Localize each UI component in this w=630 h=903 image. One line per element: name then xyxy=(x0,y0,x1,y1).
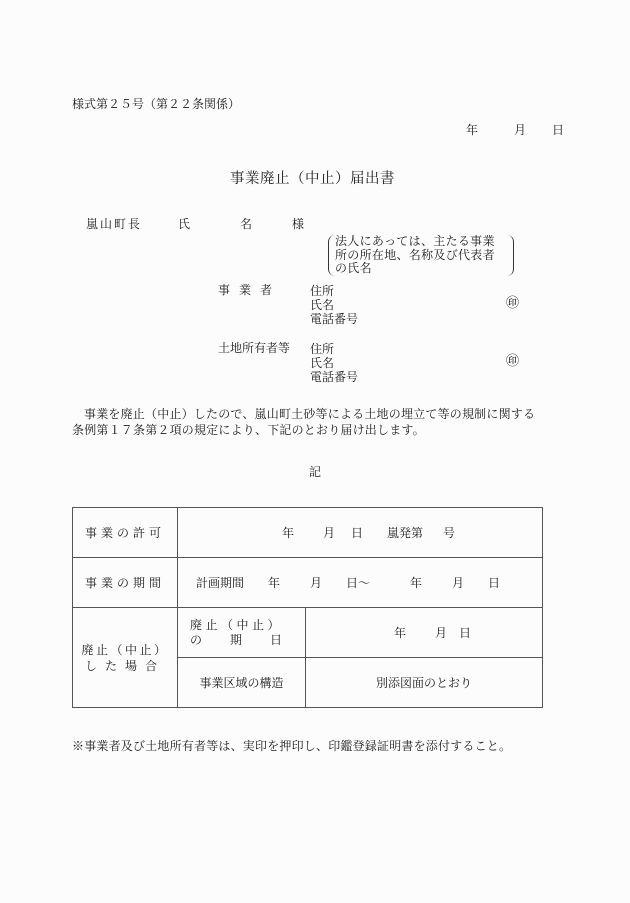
addressee-mei: 名 xyxy=(240,218,292,230)
stop-date-day: 日 xyxy=(459,624,471,641)
ki-heading: 記 xyxy=(309,466,321,478)
stop-date-label-ki: 期 xyxy=(230,633,270,648)
period-start-year: 年 xyxy=(268,574,310,591)
operator-name-label: 氏名 xyxy=(310,298,358,312)
table-row-period: 事業の期間 計画期間年月日～年月日 xyxy=(73,558,543,608)
addressee: 嵐山町長氏名様 xyxy=(86,218,304,230)
operator-fields: 住所 氏名 電話番号 xyxy=(310,284,358,326)
stop-date-year: 年 xyxy=(377,624,423,641)
landowner-address-label: 住所 xyxy=(310,342,358,356)
date-month: 月 xyxy=(514,124,552,136)
date-day: 日 xyxy=(552,124,564,136)
operator-address-label: 住所 xyxy=(310,284,358,298)
permit-value: 年月日嵐発第号 xyxy=(178,508,543,558)
seal-icon: ㊞ xyxy=(506,355,519,368)
structure-label: 事業区域の構造 xyxy=(178,658,306,708)
table-row-permit: 事業の許可 年月日嵐発第号 xyxy=(73,508,543,558)
period-start-month: 月 xyxy=(310,574,346,591)
operator-phone-label: 電話番号 xyxy=(310,312,358,326)
permit-label: 事業の許可 xyxy=(73,508,178,558)
period-value: 計画期間年月日～年月日 xyxy=(178,558,543,608)
date-year: 年 xyxy=(466,124,514,136)
addressee-sama: 様 xyxy=(292,218,304,230)
footnote: ※事業者及び土地所有者等は、実印を押印し、印鑑登録証明書を添付すること。 xyxy=(72,740,511,752)
period-end-month: 月 xyxy=(452,574,488,591)
stop-case-label: 廃止（中止） した場合 xyxy=(73,608,178,708)
stop-date-label-line2: の期日 xyxy=(190,633,305,648)
permit-year: 年 xyxy=(265,524,311,541)
period-start-day: 日～ xyxy=(346,574,410,591)
plan-period-label: 計画期間 xyxy=(196,574,268,591)
permit-month: 月 xyxy=(311,524,347,541)
structure-value: 別添図面のとおり xyxy=(306,658,543,708)
details-table: 事業の許可 年月日嵐発第号 事業の期間 計画期間年月日～年月日 廃止（中止） し… xyxy=(72,507,543,708)
seal-icon: ㊞ xyxy=(506,297,519,310)
document-title: 事業廃止（中止）届出書 xyxy=(230,172,395,187)
period-end-year: 年 xyxy=(410,574,452,591)
stop-date-value: 年月日 xyxy=(306,608,543,658)
form-number: 様式第２５号（第２２条関係） xyxy=(72,98,240,110)
landowner-phone-label: 電話番号 xyxy=(310,370,358,384)
stop-case-label-line2: した場合 xyxy=(73,658,177,674)
stop-date-label-hi: 日 xyxy=(270,633,282,648)
addressee-shi: 氏 xyxy=(178,218,240,230)
permit-number-prefix: 嵐発第 xyxy=(367,524,443,541)
party-label-operator: 事業者 xyxy=(218,284,281,296)
permit-number-suffix: 号 xyxy=(443,524,455,541)
corporate-note: 法人にあっては、主たる事業所の所在地、名称及び代表者の氏名 xyxy=(328,235,514,276)
stop-date-month: 月 xyxy=(423,624,459,641)
stop-date-label-line1: 廃止（中止） xyxy=(190,618,305,633)
document-page: { "header": { "form_number": "様式第２５号（第２２… xyxy=(0,0,630,903)
party-label-landowner: 土地所有者等 xyxy=(218,342,290,354)
table-row-stop-date: 廃止（中止） した場合 廃止（中止） の期日 年月日 xyxy=(73,608,543,658)
landowner-name-label: 氏名 xyxy=(310,356,358,370)
body-text: 事業を廃止（中止）したので、嵐山町土砂等による土地の埋立て等の規制に関する条例第… xyxy=(72,406,546,438)
permit-day: 日 xyxy=(347,524,367,541)
landowner-fields: 住所 氏名 電話番号 xyxy=(310,342,358,384)
stop-date-label: 廃止（中止） の期日 xyxy=(178,608,306,658)
stop-date-label-no: の xyxy=(190,633,230,648)
period-end-day: 日 xyxy=(488,574,500,591)
period-label: 事業の期間 xyxy=(73,558,178,608)
stop-case-label-line1: 廃止（中止） xyxy=(73,642,177,658)
addressee-town-mayor: 嵐山町長 xyxy=(86,218,178,230)
submission-date: 年月日 xyxy=(466,124,564,136)
